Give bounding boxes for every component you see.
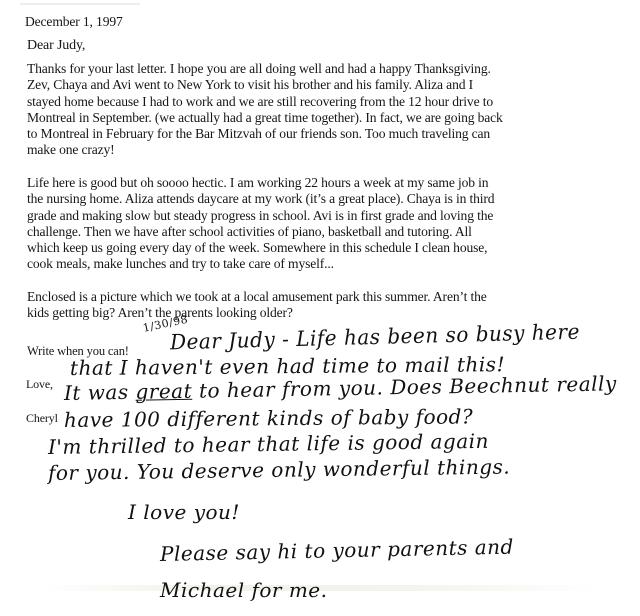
paragraph-line: Life here is good but oh soooo hectic. I… bbox=[27, 175, 494, 191]
handwritten-text: It was bbox=[64, 380, 136, 405]
paragraph-line: Thanks for your last letter. I hope you … bbox=[27, 61, 503, 77]
paragraph-line: the nursing home. Aliza attends daycare … bbox=[27, 191, 494, 207]
paragraph-line: stayed home because I had to work and we… bbox=[27, 94, 503, 110]
paragraph-line: Montreal in September. (we actually had … bbox=[27, 110, 503, 126]
handwritten-underlined-word: great bbox=[135, 379, 192, 404]
letter-date: December 1, 1997 bbox=[25, 14, 123, 30]
letter-page: December 1, 1997 Dear Judy, Thanks for y… bbox=[0, 0, 640, 616]
closing-love: Love, bbox=[26, 376, 53, 392]
handwritten-line: I'm thrilled to hear that life is good a… bbox=[48, 429, 489, 459]
paragraph-line: grade and making slow but steady progres… bbox=[27, 208, 494, 224]
salutation: Dear Judy, bbox=[27, 38, 85, 54]
paragraph-3: Enclosed is a picture which we took at a… bbox=[27, 289, 487, 322]
paragraph-line: Enclosed is a picture which we took at a… bbox=[27, 289, 487, 305]
paper-edge bbox=[20, 3, 140, 5]
handwritten-line: I love you! bbox=[128, 500, 240, 524]
signature-name: Cheryl bbox=[26, 410, 58, 426]
handwritten-line: have 100 different kinds of baby food? bbox=[64, 404, 473, 432]
paragraph-line: make one crazy! bbox=[27, 142, 503, 158]
paragraph-1: Thanks for your last letter. I hope you … bbox=[27, 61, 503, 159]
handwritten-line: Michael for me. bbox=[160, 578, 328, 602]
paragraph-line: Zev, Chaya and Avi went to New York to v… bbox=[27, 77, 503, 93]
paragraph-line: which keep us going every day of the wee… bbox=[27, 240, 494, 256]
paragraph-line: kids getting big? Aren’t the parents loo… bbox=[27, 305, 487, 321]
paragraph-line: to Montreal in February for the Bar Mitz… bbox=[27, 126, 503, 142]
handwritten-line: Please say hi to your parents and bbox=[160, 535, 514, 566]
paragraph-2: Life here is good but oh soooo hectic. I… bbox=[27, 175, 494, 273]
handwritten-line: Dear Judy - Life has been so busy here bbox=[170, 319, 581, 355]
paragraph-line: cook meals, make lunches and try to take… bbox=[27, 256, 494, 272]
handwritten-line: for you. You deserve only wonderful thin… bbox=[48, 455, 510, 485]
paragraph-line: challenge. Then we have after school act… bbox=[27, 224, 494, 240]
